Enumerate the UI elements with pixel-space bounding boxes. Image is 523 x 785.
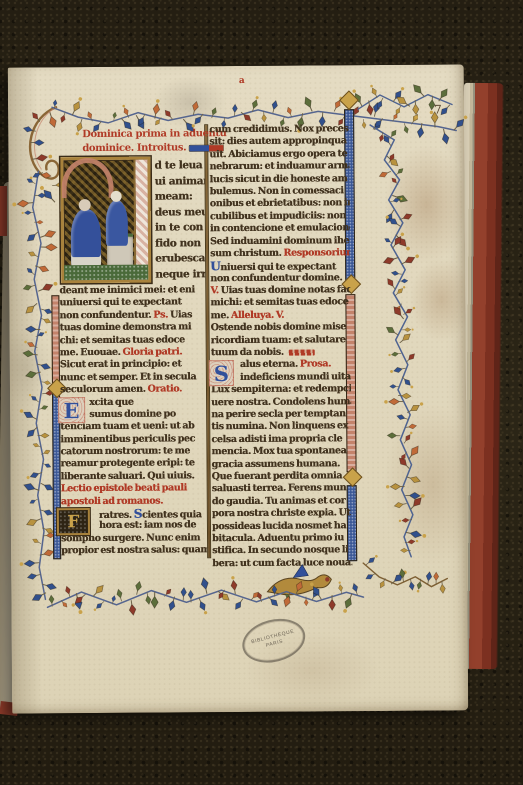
ivy-leaf (37, 280, 59, 295)
ivy-leaf (134, 581, 143, 596)
ivy-leaf (24, 301, 40, 316)
ivy-leaf (405, 529, 427, 540)
text-line: saluasti terrea. Ferens mun (212, 483, 352, 496)
ivy-leaf (390, 384, 399, 388)
ivy-leaf (270, 100, 278, 114)
ivy-leaf (388, 351, 402, 357)
miniature-standing-cleric (106, 200, 128, 246)
ivy-leaf (365, 571, 378, 581)
manuscript-photo: 7 a Dominica prima in aduentu dominice. … (0, 0, 523, 785)
miniature-pink-arch (61, 158, 113, 198)
ivy-leaf (391, 192, 408, 204)
ivy-leaf (396, 413, 409, 421)
text-line: non confundentur. Ps. Uias (59, 309, 205, 322)
ivy-leaf (47, 111, 58, 128)
ivy-leaf (364, 554, 379, 567)
text-line: tuas domine demonstra mi (60, 321, 206, 334)
ivy-leaf (128, 600, 137, 616)
ivy-leaf (384, 398, 403, 405)
text-line: in contencione et emulacione. (210, 222, 350, 235)
text-line: neque irri (155, 267, 205, 283)
initial-s-prosa: S (209, 360, 234, 386)
ivy-leaf (394, 501, 407, 509)
ivy-stem (370, 125, 413, 557)
text-line: onibus et ebrietatibus: non in (210, 198, 350, 211)
ivy-leaf (302, 96, 315, 113)
ivy-leaf (21, 210, 34, 215)
ivy-leaf (196, 597, 209, 616)
ivy-leaf (29, 497, 39, 505)
ivy-leaf (232, 104, 238, 116)
initial-letter: F (67, 512, 79, 532)
text-line: Ostende nobis domine mise (211, 321, 351, 334)
ivy-leaf (440, 128, 450, 145)
ivy-leaf (391, 270, 402, 276)
text-line: Sicut erat in principio: et (60, 359, 206, 372)
text-line: na perire secla per temptan (211, 408, 351, 421)
text-line: mencia. Mox tua spontanea (211, 445, 351, 458)
text-line: reamur protegente eripi: te (60, 458, 206, 471)
text-line: me. Alleluya. V. (210, 309, 350, 322)
ivy-leaf (93, 600, 106, 613)
rubric-line-2-text: dominice. Introitus. (82, 142, 186, 154)
ivy-leaf (116, 589, 125, 602)
text-line: tuum da nobis. (211, 346, 351, 359)
initial-e-oratio: E (58, 397, 85, 423)
text-line: propior est nostra salus: quam (61, 544, 207, 557)
folio-number: 7 (434, 103, 442, 117)
miniature-clerics-at-altar (60, 157, 151, 284)
text-line: deant me inimici mei: et eni (59, 284, 205, 297)
text-line: nunc et semper. Et in secula (60, 371, 206, 384)
ivy-leaf (30, 140, 44, 146)
text-line: uit. Abiciamus ergo opera te (209, 148, 349, 161)
ivy-leaf (190, 101, 199, 116)
ivy-leaf (230, 576, 239, 595)
text-line: bera: ut cum facta luce noua. (212, 557, 352, 570)
text-line: Sed induamini dominum ihe (210, 235, 350, 248)
text-line: fido non (155, 236, 205, 252)
text-line: tis numina. Non linquens ex (211, 421, 351, 434)
text-line: uniuersi qui te expectant (59, 297, 205, 310)
ivy-leaf (378, 169, 392, 179)
ivy-leaf (26, 267, 36, 277)
text-line: me. Euouae. Gloria patri. (60, 346, 206, 359)
ivy-leaf (27, 572, 41, 581)
rubric-line-1: Dominica prima in aduentu (82, 127, 210, 142)
miniature-figure-head (111, 191, 122, 202)
ivy-leaf (25, 516, 42, 528)
text-line: possideas lucida nosmet ha (212, 520, 352, 533)
miniature-kneeling-cleric (71, 209, 101, 267)
ivy-leaf (28, 393, 40, 404)
text-line: sum christum. Responsorium. (210, 247, 350, 260)
text-line: d te leua (154, 158, 204, 174)
text-line: stifica. In secundo nosque li (212, 544, 352, 557)
text-line: Lectio epistole beati pauli (61, 482, 207, 495)
initial-letter: S (214, 361, 229, 386)
initial-f-panel-epistle: F (57, 508, 90, 535)
text-line: erubescam (155, 251, 205, 267)
ivy-leaf (361, 119, 366, 129)
ivy-leaf (180, 587, 186, 600)
rubric-line-2: dominice. Introitus. (82, 141, 210, 156)
text-line: pora nostra christe expia. Ut (212, 507, 352, 520)
text-line: apostoli ad romanos. (61, 495, 207, 508)
ivy-leaf (19, 559, 39, 567)
text-line: chi: et semitas tuas edoce (60, 334, 206, 347)
initial-letter: E (64, 398, 80, 423)
ivy-leaf (233, 597, 245, 611)
ivy-leaf (151, 592, 158, 608)
text-line: cubilibus et impudiciis: non (210, 210, 350, 223)
quire-signature: a (239, 76, 245, 86)
ivy-leaf (337, 581, 343, 594)
text-line: bitacula. Aduentu primo iu (212, 532, 352, 545)
text-line: seculorum amen. Oratio. (60, 383, 206, 396)
text-line: catorum nostrorum: te me (60, 445, 206, 458)
text-line: nebrarum: et induamur arma (209, 160, 349, 173)
text-line: ui animam (154, 174, 204, 190)
ivy-leaf (405, 492, 425, 499)
ivy-leaf (390, 366, 407, 375)
ivy-leaf (402, 123, 409, 134)
ivy-leaf (402, 328, 414, 332)
text-line: V. Uias tuas domine notas fac (210, 284, 350, 297)
text-line: Uniuersi qui te expectant (210, 260, 350, 273)
introit-large-text: d te leuaui animammeam:deus meusin te co… (154, 158, 205, 282)
miniature-green-floor (64, 265, 148, 281)
text-line: michi: et semitas tuas edoce (210, 297, 350, 310)
ivy-leaf (399, 212, 414, 223)
ivy-leaf (32, 537, 42, 545)
ivy-leaf (39, 229, 57, 241)
text-line: ricordiam tuam: et salutare (211, 334, 351, 347)
text-line: bulemus. Non in comessaci (210, 185, 350, 198)
ivy-leaf (12, 199, 34, 208)
text-line: uere nostra. Condolens huma (211, 396, 351, 409)
ivy-leaf (400, 375, 414, 390)
text-line: imminentibus periculis pec (60, 433, 206, 446)
binding-edge-left (0, 186, 7, 236)
text-line: non confundentur domine. (210, 272, 350, 285)
miniature-figure-head (79, 199, 91, 211)
text-line: cum credidimus. Nox preces (209, 123, 349, 136)
ivy-leaf (41, 243, 57, 251)
ivy-leaf (200, 577, 210, 594)
text-column-right: cum credidimus. Nox precessit: dies aute… (209, 123, 352, 570)
manuscript-page: 7 a Dominica prima in aduentu dominice. … (8, 64, 468, 713)
text-line: celsa adisti ima propria cle (211, 433, 351, 446)
text-line: gracia assumens humana. (211, 458, 351, 471)
miniature-diaper-column (133, 160, 148, 280)
text-line: sit: dies autem appropinqua (209, 136, 349, 149)
ivy-leaf (341, 592, 355, 614)
ivy-leaf (398, 332, 413, 346)
ivy-leaf (22, 283, 35, 292)
text-line: deus meus (155, 205, 205, 221)
text-line: do gaudia. Tu animas et cor (212, 495, 352, 508)
ivy-leaf (433, 572, 438, 584)
text-line: Que fuerant perdita omnia (212, 470, 352, 483)
ivy-leaf (69, 96, 84, 117)
text-line: liberante saluari. Qui uiuis. (61, 470, 207, 483)
ivy-leaf (387, 433, 400, 439)
text-line: lucis sicut in die honeste am (209, 173, 349, 186)
text-line: meam: (155, 189, 205, 205)
ivy-leaf (18, 407, 38, 422)
text-line: in te con (155, 220, 205, 236)
